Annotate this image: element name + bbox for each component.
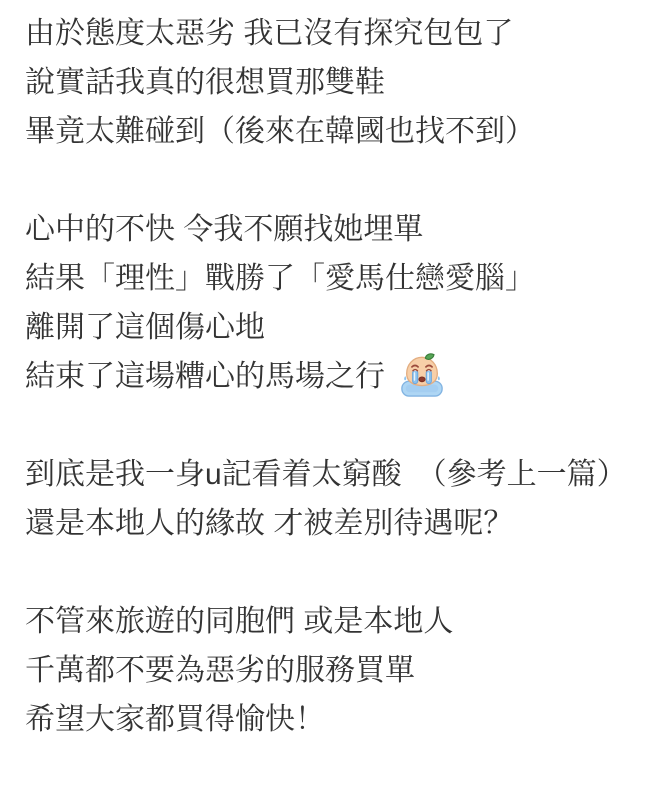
- text-line: 離開了這個傷心地: [25, 303, 646, 352]
- text-line: 希望大家都買得愉快！: [25, 695, 646, 744]
- text-line: 到底是我一身u記看着太窮酸 （參考上一篇）: [25, 450, 646, 499]
- text-line: 結果「理性」戰勝了「愛馬仕戀愛腦」: [25, 254, 646, 303]
- text-line: 說實話我真的很想買那雙鞋: [25, 58, 646, 107]
- text-line: 還是本地人的緣故 才被差別待遇呢？: [25, 499, 646, 548]
- paragraph: 由於態度太惡劣 我已沒有探究包包了 說實話我真的很想買那雙鞋 畢竟太難碰到（後來…: [25, 9, 646, 156]
- paragraph: 不管來旅遊的同胞們 或是本地人 千萬都不要為惡劣的服務買單 希望大家都買得愉快！: [25, 597, 646, 744]
- text-line-content: 結束了這場糟心的馬場之行: [25, 360, 385, 393]
- post-text: 由於態度太惡劣 我已沒有探究包包了 說實話我真的很想買那雙鞋 畢竟太難碰到（後來…: [25, 9, 646, 792]
- text-line: 畢竟太難碰到（後來在韓國也找不到）: [25, 107, 646, 156]
- post-page: 由於態度太惡劣 我已沒有探究包包了 說實話我真的很想買那雙鞋 畢竟太難碰到（後來…: [0, 0, 646, 792]
- crying-peach-emoji: [399, 352, 445, 398]
- text-line: 由於態度太惡劣 我已沒有探究包包了: [25, 9, 646, 58]
- text-line: 結束了這場糟心的馬場之行: [25, 352, 646, 401]
- text-line: 不管來旅遊的同胞們 或是本地人: [25, 597, 646, 646]
- text-line: 千萬都不要為惡劣的服務買單: [25, 646, 646, 695]
- paragraph: 心中的不快 令我不願找她埋單 結果「理性」戰勝了「愛馬仕戀愛腦」 離開了這個傷心…: [25, 205, 646, 401]
- text-line: 心中的不快 令我不願找她埋單: [25, 205, 646, 254]
- paragraph: 到底是我一身u記看着太窮酸 （參考上一篇） 還是本地人的緣故 才被差別待遇呢？: [25, 450, 646, 548]
